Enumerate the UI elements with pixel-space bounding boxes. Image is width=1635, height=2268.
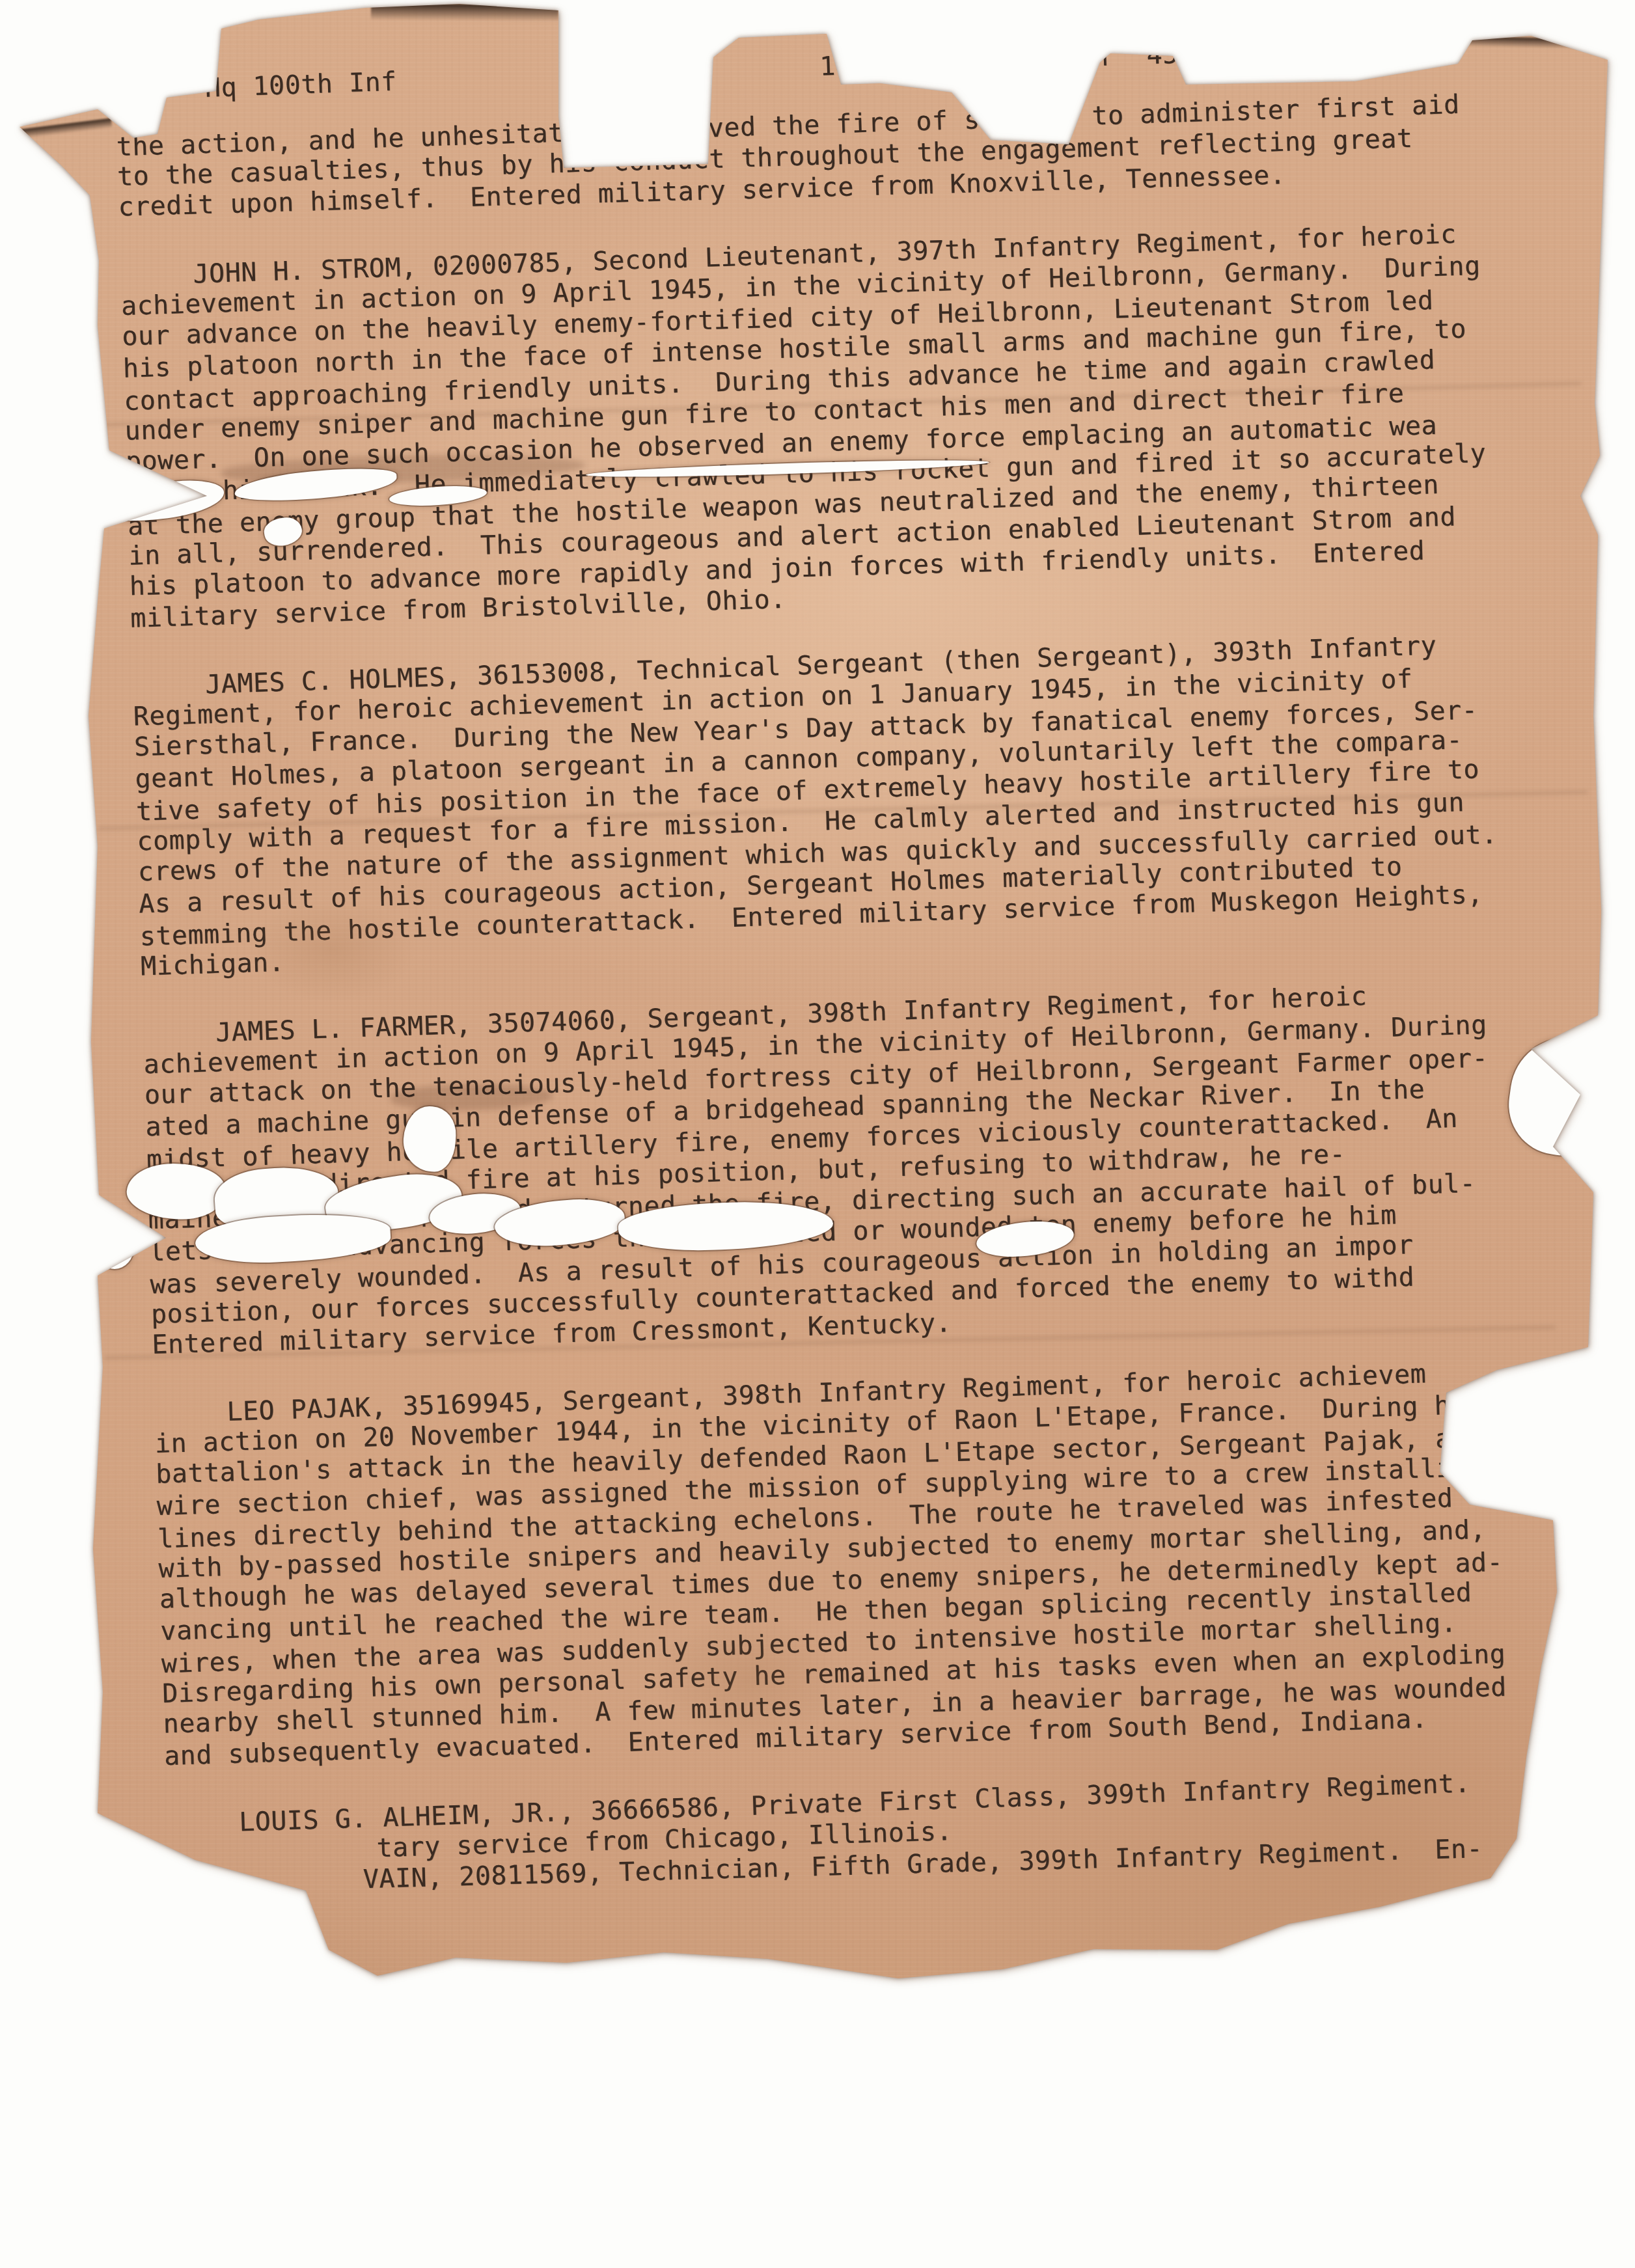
- citation-strom: JOHN H. STROM, 02000785, Second Lieutena…: [120, 217, 1572, 634]
- torn-edge-dark-topright: [1466, 36, 1608, 50]
- torn-paper-sheet: GOHq 100th Inf147, US Army, 21 M45 S 1 t…: [0, 0, 1635, 2268]
- header-year: 45: [1146, 40, 1179, 71]
- paper-shadow-wrap: GOHq 100th Inf147, US Army, 21 M45 S 1 t…: [0, 0, 1635, 2268]
- document-header: GOHq 100th Inf147, US Army, 21 M45: [107, 40, 1179, 107]
- header-unit: Hq 100th Inf: [204, 66, 397, 103]
- torn-edge-dark-top: [371, 3, 558, 21]
- torn-hole: [95, 1223, 134, 1269]
- torn-gap: [1108, 64, 1147, 65]
- header-order-number: 147, US Army, 21 M: [819, 42, 1108, 81]
- citation-alheim: LOUIS G. ALHEIM, JR., 36666586, Private …: [166, 1765, 1610, 1902]
- faint-overstamp-text: S 1: [722, 2, 782, 46]
- torn-gap: [140, 97, 205, 99]
- citation-pajak: LEO PAJAK, 35169945, Sergeant, 398th Inf…: [154, 1354, 1606, 1771]
- citation-farmer: JAMES L. FARMER, 35074060, Sergeant, 398…: [142, 976, 1593, 1361]
- torn-gap: [397, 75, 820, 90]
- paper-stain: [247, 898, 417, 1002]
- scanned-document-page: GOHq 100th Inf147, US Army, 21 M45 S 1 t…: [0, 0, 1635, 2268]
- torn-edge-dark-corner: [21, 118, 113, 139]
- paper-stain: [651, 1614, 846, 1744]
- citation-continuation: the action, and he unhesitatingly braved…: [116, 87, 1559, 224]
- header-go-number: GO: [107, 75, 141, 107]
